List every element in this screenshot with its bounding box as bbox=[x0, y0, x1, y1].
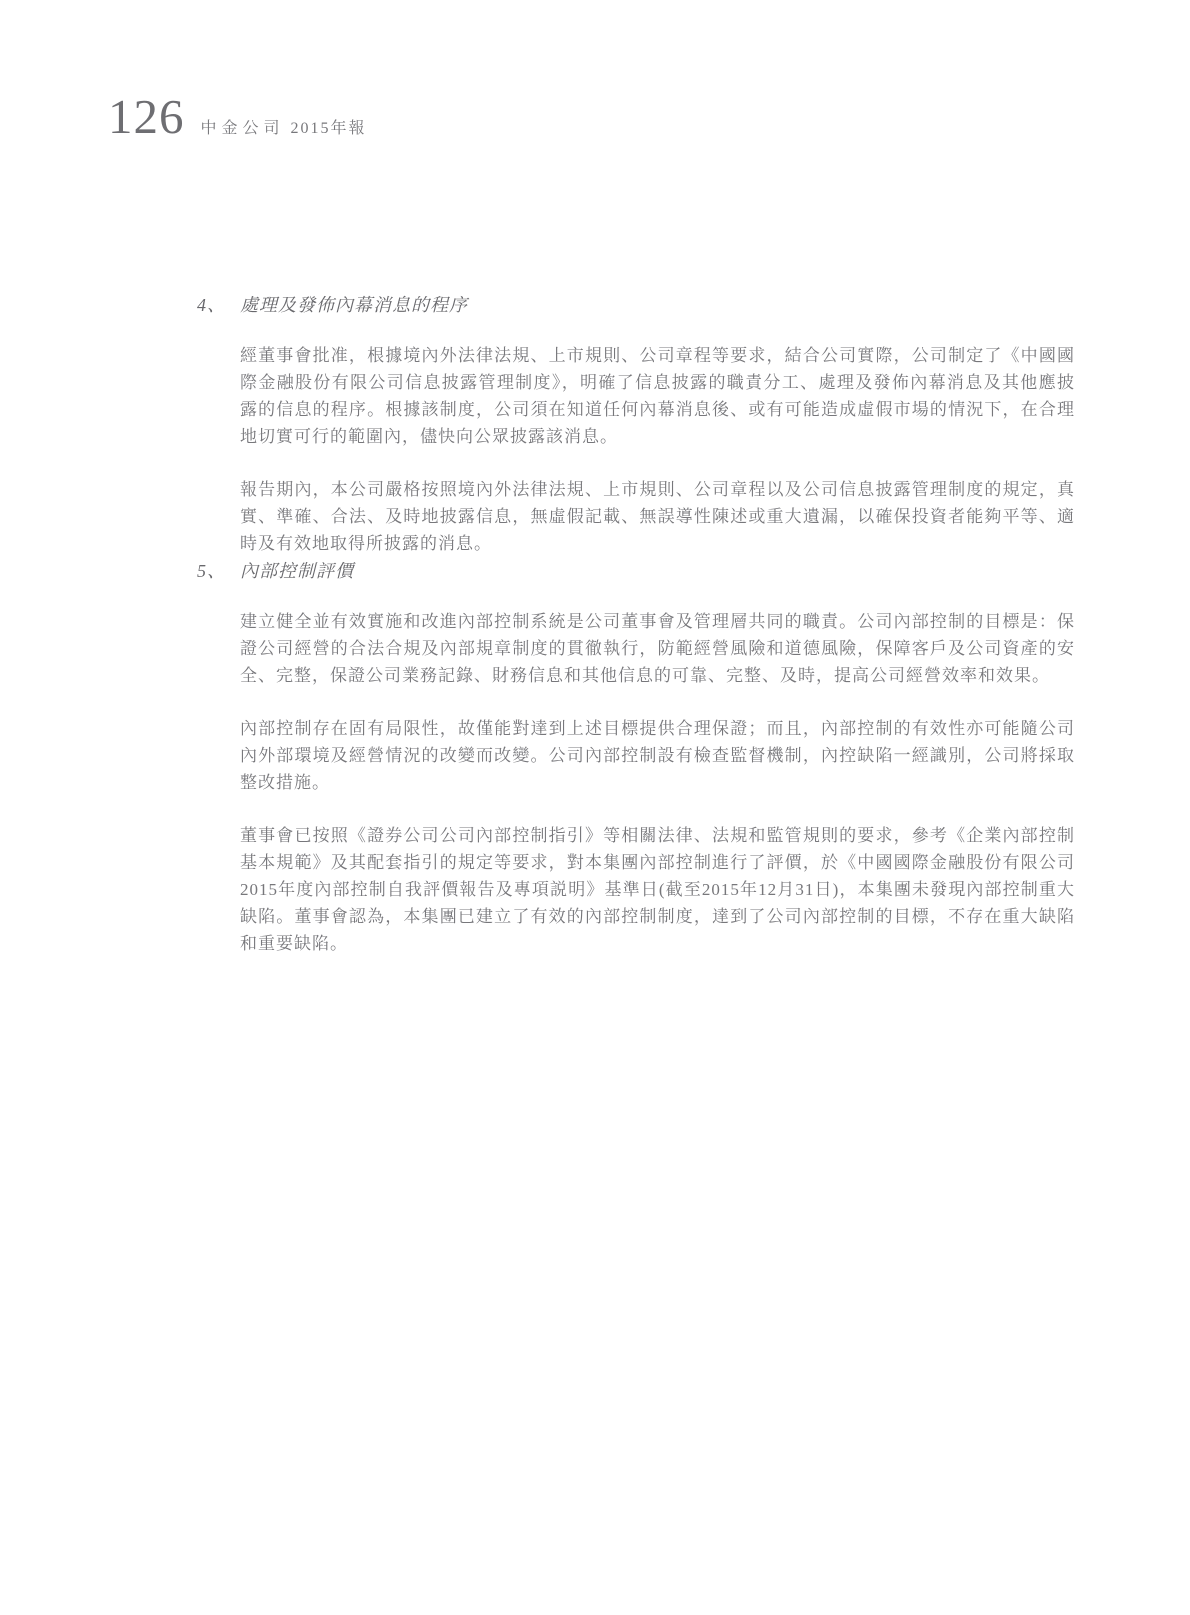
company-name: 中金公司 bbox=[201, 120, 285, 137]
section-5-body: 建立健全並有效實施和改進內部控制系統是公司董事會及管理層共同的職責。公司內部控制… bbox=[240, 608, 1075, 957]
page-content: 4、 處理及發佈內幕消息的程序 經董事會批准，根據境內外法律法規、上市規則、公司… bbox=[197, 292, 1077, 957]
paragraph: 董事會已按照《證券公司公司內部控制指引》等相關法律、法規和監管規則的要求，參考《… bbox=[240, 822, 1075, 957]
section-5-title: 內部控制評價 bbox=[240, 558, 354, 585]
paragraph: 報告期內，本公司嚴格按照境內外法律法規、上市規則、公司章程以及公司信息披露管理制… bbox=[240, 476, 1075, 557]
report-title: 中金公司2015年報 bbox=[201, 115, 367, 138]
document-page: 126 中金公司2015年報 4、 處理及發佈內幕消息的程序 經董事會批准，根據… bbox=[0, 0, 1190, 1615]
section-4-title: 處理及發佈內幕消息的程序 bbox=[240, 292, 468, 319]
report-year: 2015年報 bbox=[291, 120, 367, 137]
paragraph: 內部控制存在固有局限性，故僅能對達到上述目標提供合理保證；而且，內部控制的有效性… bbox=[240, 715, 1075, 796]
paragraph: 建立健全並有效實施和改進內部控制系統是公司董事會及管理層共同的職責。公司內部控制… bbox=[240, 608, 1075, 689]
section-5-number: 5、 bbox=[197, 558, 240, 585]
page-header: 126 中金公司2015年報 bbox=[108, 92, 367, 141]
section-4-number: 4、 bbox=[197, 292, 240, 319]
page-number: 126 bbox=[108, 92, 185, 141]
section-4: 4、 處理及發佈內幕消息的程序 經董事會批准，根據境內外法律法規、上市規則、公司… bbox=[197, 292, 1077, 557]
section-5: 5、 內部控制評價 建立健全並有效實施和改進內部控制系統是公司董事會及管理層共同… bbox=[197, 558, 1077, 957]
section-4-body: 經董事會批准，根據境內外法律法規、上市規則、公司章程等要求，結合公司實際，公司制… bbox=[240, 342, 1075, 557]
paragraph: 經董事會批准，根據境內外法律法規、上市規則、公司章程等要求，結合公司實際，公司制… bbox=[240, 342, 1075, 450]
section-5-heading: 5、 內部控制評價 bbox=[197, 558, 1077, 585]
section-4-heading: 4、 處理及發佈內幕消息的程序 bbox=[197, 292, 1077, 319]
